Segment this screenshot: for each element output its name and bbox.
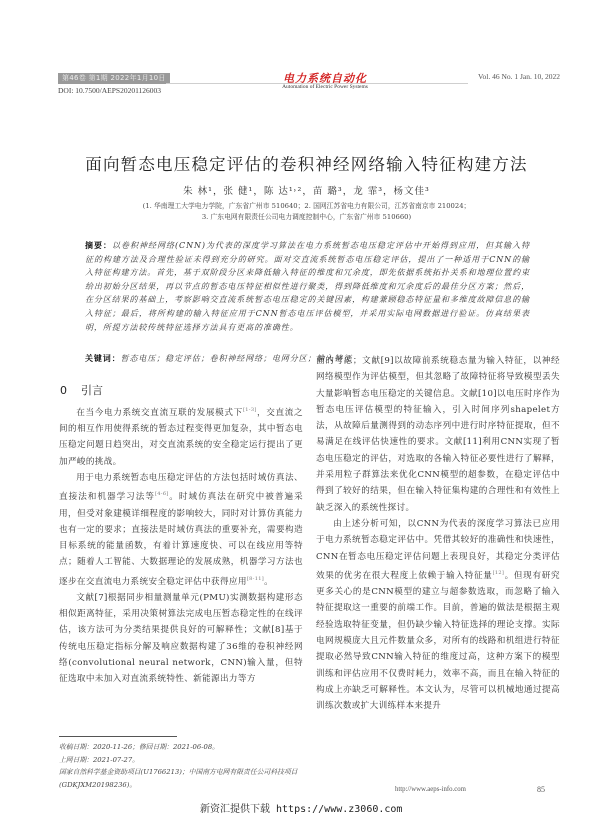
affiliation-line-2: 3. 广东电网有限责任公司电力调度控制中心，广东省广州市 510660)	[0, 211, 613, 221]
paragraph: 在当今电力系统交直流互联的发展模式下[1-3]，交直流之间的相互作用使得系统的暂…	[59, 402, 303, 470]
text: 。但现有研究更多关心的是CNN模型的建立与超参数选取，而忽略了输入特征提取这一重…	[316, 571, 560, 711]
volume-info: Vol. 46 No. 1 Jan. 10, 2022	[440, 72, 560, 81]
page-number: 85	[537, 785, 545, 794]
funding: 国家自然科学基金资助项目(U1766213)；中国南方电网有限责任公司科技项目(…	[59, 766, 303, 791]
online-date: 上网日期：2021-07-27。	[59, 754, 303, 767]
section-number: 0	[60, 384, 67, 397]
affiliation-line-1: (1. 华南理工大学电力学院，广东省广州市 510640；2. 国网江苏省电力有…	[0, 200, 613, 210]
paragraph: 面的考虑；文献[9]以故障前系统稳态量为输入特征，以神经网络模型作为评估模型，但…	[316, 353, 560, 516]
text: 。时域仿真法在研究中被普遍采用，但受对象建模详细程度的影响较大，同时对计算仿真能…	[59, 492, 303, 586]
paragraph: 由上述分析可知，以CNN为代表的深度学习算法已应用于电力系统暂态稳定评估中。凭借…	[316, 516, 560, 714]
citation: [1-3]	[243, 407, 257, 413]
doi: DOI: 10.7500/AEPS20201126003	[58, 86, 161, 95]
right-column: 面的考虑；文献[9]以故障前系统稳态量为输入特征，以神经网络模型作为评估模型，但…	[316, 353, 560, 714]
keywords-label: 关键词：	[85, 353, 121, 363]
abstract-text: 以卷积神经网络(CNN)为代表的深度学习算法在电力系统暂态电压稳定评估中开始得到…	[85, 241, 530, 332]
text: 。	[264, 577, 273, 587]
text: 在当今电力系统交直流互联的发展模式下	[76, 408, 243, 418]
issue-bar: 第46卷 第1期 2022年1月10日	[58, 73, 170, 84]
journal-url[interactable]: http://www.aeps-info.com	[395, 786, 466, 793]
author-list: 朱 林¹，张 健¹，陈 达¹˒²，苗 璐³，龙 霏³，杨文佳³	[0, 183, 613, 197]
abstract-label: 摘要：	[85, 240, 112, 250]
download-watermark: 新资汇提供下载 https://www.z3060.com	[200, 800, 402, 815]
footnotes: 收稿日期：2020-11-26；修回日期：2021-06-08。 上网日期：20…	[59, 741, 303, 791]
journal-logo-en: Automation of Electric Power Systems	[250, 84, 400, 90]
paper-title: 面向暂态电压稳定评估的卷积神经网络输入特征构建方法	[0, 151, 613, 175]
citation: [8-11]	[247, 576, 264, 582]
footnote-rule	[59, 736, 177, 737]
citation: [12]	[493, 570, 505, 576]
citation: [4-6]	[155, 491, 169, 497]
left-column: 在当今电力系统交直流互联的发展模式下[1-3]，交直流之间的相互作用使得系统的暂…	[59, 402, 303, 688]
section-heading: 0引言	[60, 382, 103, 398]
paragraph: 文献[7]根据同步相量测量单元(PMU)实测数据构建形态相似距离特征，采用决策树…	[59, 590, 303, 688]
received-date: 收稿日期：2020-11-26；修回日期：2021-06-08。	[59, 741, 303, 754]
abstract: 摘要：以卷积神经网络(CNN)为代表的深度学习算法在电力系统暂态电压稳定评估中开…	[85, 239, 530, 334]
paragraph: 用于电力系统暂态电压稳定评估的方法包括时域仿真法、直接法和机器学习法等[4-6]…	[59, 470, 303, 590]
section-title: 引言	[81, 384, 103, 397]
